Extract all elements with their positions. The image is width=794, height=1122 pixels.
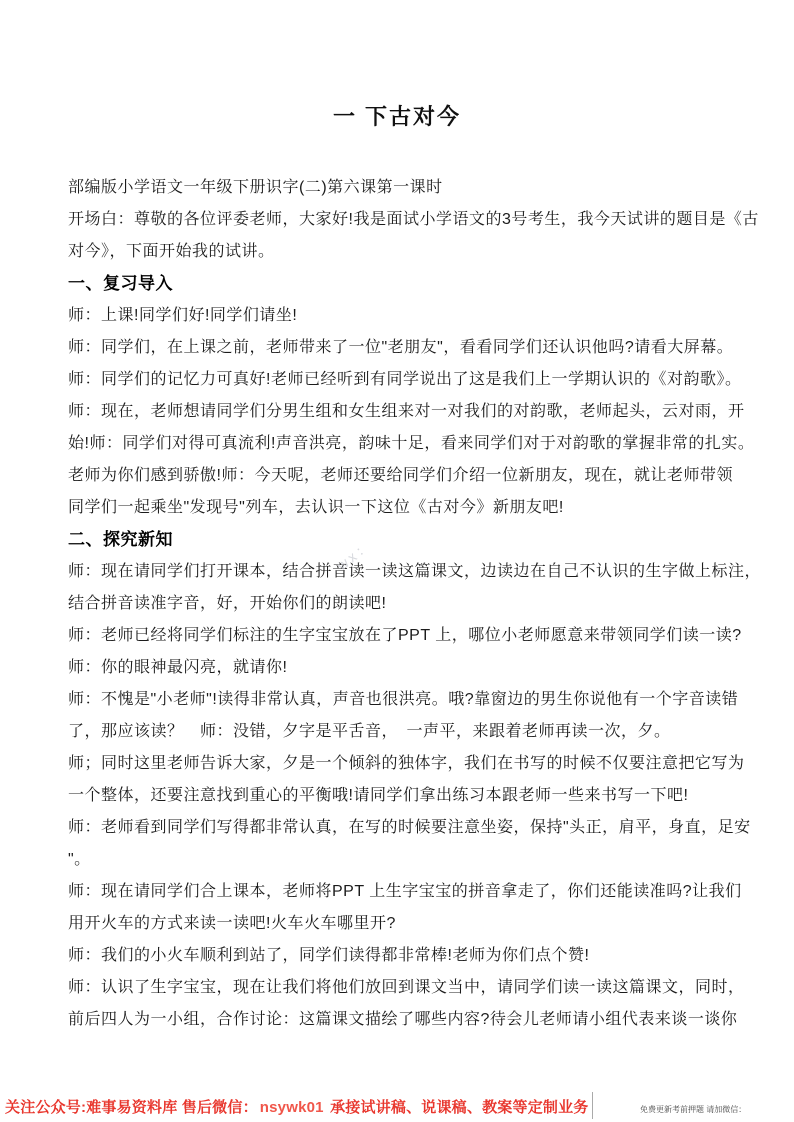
footer-divider — [592, 1092, 593, 1119]
text-line: 师；同时这里老师告诉大家，夕是一个倾斜的独体字，我们在书写的时候不仅要注意把它写… — [68, 748, 730, 780]
text-line: 同学们一起乘坐"发现号"列车，去认识一下这位《古对今》新朋友吧! — [68, 492, 730, 524]
footer-note: 免费更新考前押题 请加微信： — [640, 1104, 746, 1115]
text-line: "。 — [68, 844, 730, 876]
promo-text-right: 承接试讲稿、说课稿、教案等定制业务 — [326, 1099, 589, 1116]
promo-banner: 关注公众号:难事易资料库 售后微信：nsywk01 承接试讲稿、说课稿、教案等定… — [5, 1096, 589, 1117]
section-heading-explore: 二、探究新知 — [68, 524, 730, 556]
promo-text-left: 关注公众号:难事易资料库 售后微信： — [5, 1099, 258, 1116]
text-line: 师：你的眼神最闪亮，就请你! — [68, 652, 730, 684]
text-line: 师：老师看到同学们写得都非常认真，在写的时候要注意坐姿，保持"头正，肩平，身直，… — [68, 812, 730, 844]
text-line: 师：现在请同学们合上课本，老师将PPT 上生字宝宝的拼音拿走了，你们还能读准吗?… — [68, 876, 730, 908]
text-line: 部编版小学语文一年级下册识字(二)第六课第一课时 — [68, 172, 730, 204]
text-line: 老师为你们感到骄傲!师：今天呢，老师还要给同学们介绍一位新朋友，现在，就让老师带… — [68, 460, 730, 492]
text-line: 师：我们的小火车顺利到站了，同学们读得都非常棒!老师为你们点个赞! — [68, 940, 730, 972]
text-line: 师：老师已经将同学们标注的生字宝宝放在了PPT 上，哪位小老师愿意来带领同学们读… — [68, 620, 730, 652]
document-body: 部编版小学语文一年级下册识字(二)第六课第一课时 开场白：尊敬的各位评委老师，大… — [68, 172, 730, 1036]
text-line: 师：同学们，在上课之前，老师带来了一位"老朋友"，看看同学们还认识他吗?请看大屏… — [68, 332, 730, 364]
document-page: 一 下古对今 部编版小学语文一年级下册识字(二)第六课第一课时 开场白：尊敬的各… — [0, 0, 794, 1122]
wechat-id: nsywk01 — [258, 1099, 326, 1116]
text-line: 师：现在，老师想请同学们分男生组和女生组来对一对我们的对韵歌，老师起头，云对雨，… — [68, 396, 730, 428]
section-heading-review: 一、复习导入 — [68, 268, 730, 300]
text-line: 一个整体，还要注意找到重心的平衡哦!请同学们拿出练习本跟老师一些来书写一下吧! — [68, 780, 730, 812]
text-line: 开场白：尊敬的各位评委老师，大家好!我是面试小学语文的3号考生，我今天试讲的题目… — [68, 204, 730, 236]
footer: 关注公众号:难事易资料库 售后微信：nsywk01 承接试讲稿、说课稿、教案等定… — [0, 1088, 794, 1122]
text-line: 师：不愧是"小老师"!读得非常认真，声音也很洪亮。哦?靠窗边的男生你说他有一个字… — [68, 684, 730, 716]
text-line: 前后四人为一小组，合作讨论：这篇课文描绘了哪些内容?待会儿老师请小组代表来谈一谈… — [68, 1004, 730, 1036]
page-title: 一 下古对今 — [0, 100, 794, 131]
text-line: 始!师：同学们对得可真流利!声音洪亮，韵味十足，看来同学们对于对韵歌的掌握非常的… — [68, 428, 730, 460]
text-line: 对今》，下面开始我的试讲。 — [68, 236, 730, 268]
text-line: 师：同学们的记忆力可真好!老师已经听到有同学说出了这是我们上一学期认识的《对韵歌… — [68, 364, 730, 396]
text-line: 用开火车的方式来读一读吧!火车火车哪里开? — [68, 908, 730, 940]
text-line: 结合拼音读准字音，好，开始你们的朗读吧! — [68, 588, 730, 620]
text-line: 师：上课!同学们好!同学们请坐! — [68, 300, 730, 332]
text-line: 了，那应该读？ 师：没错，夕字是平舌音， 一声平，来跟着老师再读一次，夕。 — [68, 716, 730, 748]
text-line: 师：现在请同学们打开课本，结合拼音读一读这篇课文，边读边在自己不认识的生字做上标… — [68, 556, 730, 588]
text-line: 师：认识了生字宝宝，现在让我们将他们放回到课文当中，请同学们读一读这篇课文，同时… — [68, 972, 730, 1004]
